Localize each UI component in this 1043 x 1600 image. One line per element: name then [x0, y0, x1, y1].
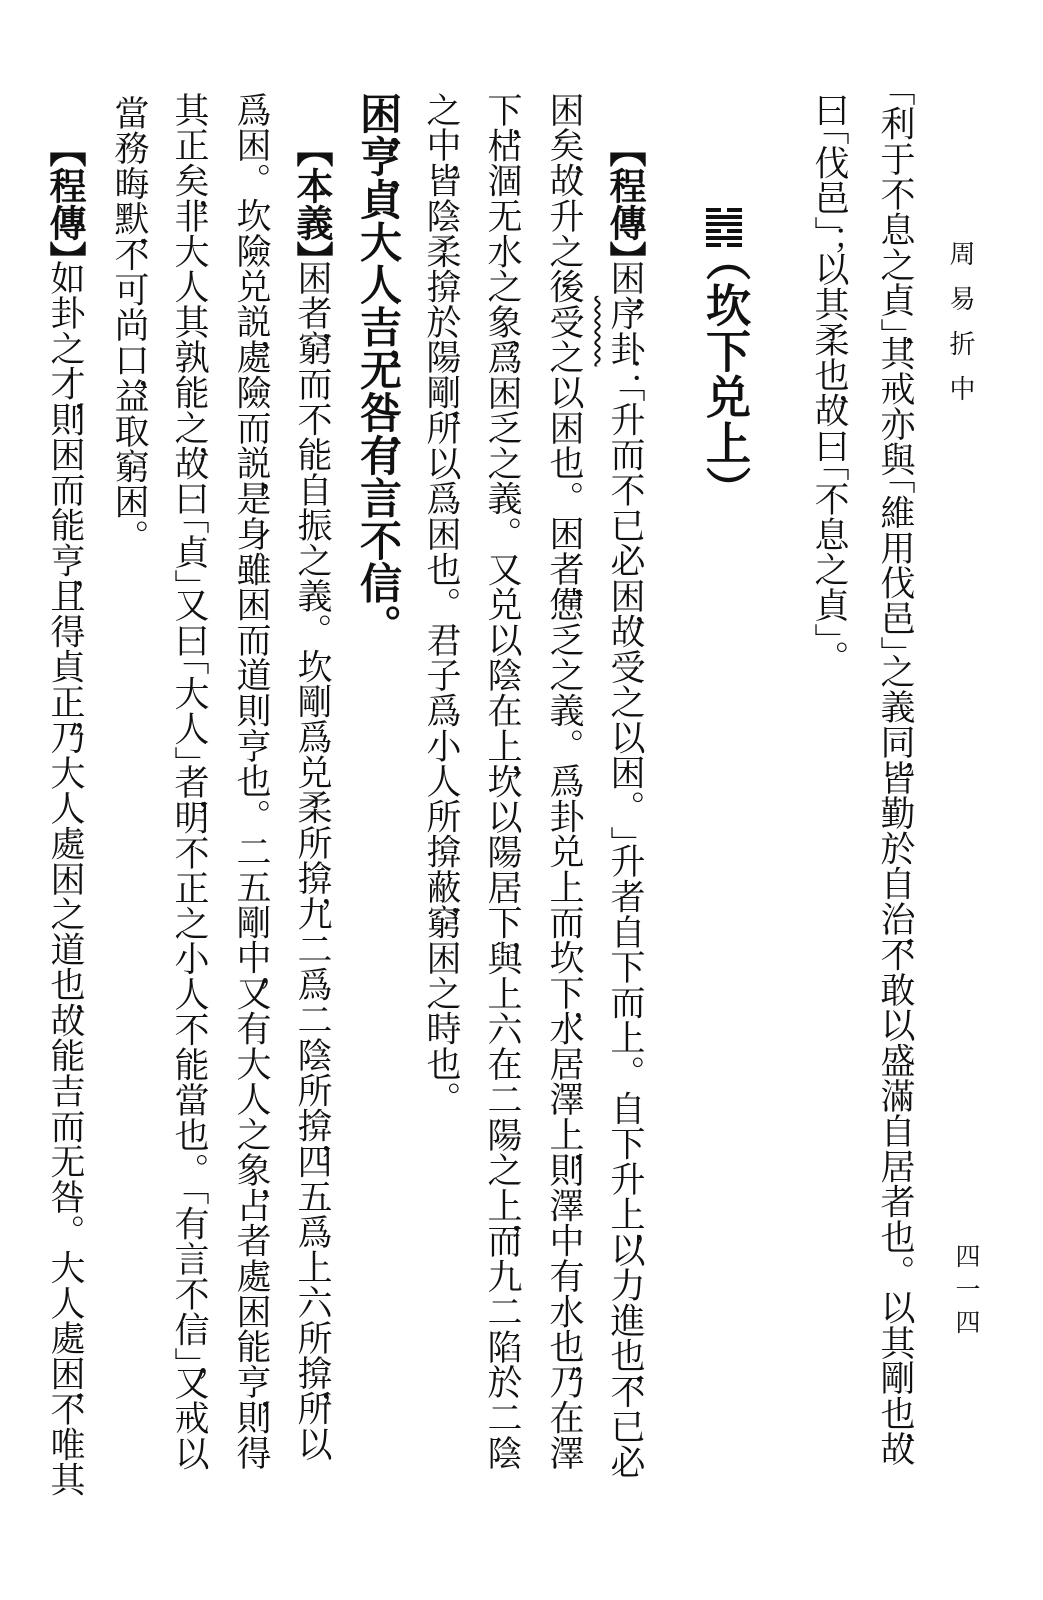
punctuation-mark: ， — [229, 1399, 273, 1434]
punctuation-mark: ， — [542, 1010, 586, 1045]
punctuation-mark: 」 — [873, 636, 917, 671]
punctuation-mark: ， — [542, 1364, 586, 1399]
punctuation-mark: ， — [167, 198, 211, 233]
punctuation-mark: ， — [480, 339, 524, 374]
punctuation-mark: 」 — [167, 1347, 211, 1382]
cheng-zhuan-2-line-1: 【程傳】如卦之才，則困而能亨，且得貞正，乃大人處困之道也，故能吉而无咎。大人處困… — [43, 148, 87, 1497]
punctuation-mark: ， — [43, 1002, 87, 1037]
punctuation-mark: ， — [167, 1365, 211, 1400]
punctuation-mark: ， — [480, 127, 524, 162]
punctuation-mark: ， — [43, 578, 87, 613]
punctuation-mark: ， — [107, 236, 151, 271]
punctuation-mark: ， — [290, 1143, 334, 1178]
book-title-mark: 序卦 — [605, 296, 645, 367]
cheng-zhuan-1-line-4: 之中，皆陰柔揜於陽剛，所以爲困也。君子爲小人所揜蔽，窮困之時也。 — [419, 92, 463, 1117]
punctuation-mark: （ — [700, 236, 748, 282]
punctuation-mark: ， — [873, 1431, 917, 1466]
punctuation-mark: ， — [290, 896, 334, 931]
continuation-line-1: 「利于不息之貞」，其戒亦與「維用伐邑」之義同，皆勤於自治，不敢以盛滿自居者也。以… — [873, 88, 917, 1467]
ben-yi-line-2: 爲困。坎險兑説，處險而説，是身雖困而道則亨也。二五剛中，又有大人之象，占者處困能… — [229, 92, 273, 1470]
punctuation-mark: ， — [229, 339, 273, 374]
punctuation-mark: ， — [480, 940, 524, 975]
punctuation-mark: ， — [807, 393, 851, 428]
punctuation-mark: ， — [229, 975, 273, 1010]
ben-yi-line-3: 其正矣，非大人其孰能之，故曰「貞」又曰「大人」者，明不正之小人不能當也。「有言不… — [167, 92, 211, 1471]
hexagram-trigrams: （坎下兑上） — [698, 254, 751, 494]
line-text: 困， — [605, 260, 645, 296]
line-text: ：「升而不已必困，故受之以困。」升者自下而上。自下升上，以力進也，不已必 — [605, 366, 645, 1479]
punctuation-mark: 「 — [167, 499, 211, 534]
punctuation-mark: 【 — [43, 130, 87, 167]
line-text: 曰「伐邑」；以其柔也，故曰「不息之貞」。 — [809, 92, 849, 676]
ben-yi-line-4: 當務晦默，不可尚口，益取窮困。 — [107, 95, 151, 555]
punctuation-mark: ， — [419, 163, 463, 198]
punctuation-mark: 「 — [603, 367, 647, 402]
punctuation-mark: ， — [356, 348, 400, 391]
punctuation-mark: ， — [542, 587, 586, 622]
punctuation-mark: 「 — [807, 110, 851, 145]
punctuation-mark: 」 — [873, 318, 917, 353]
punctuation-mark: 「 — [807, 446, 851, 481]
line-text: 爲困。坎險兑説，處險而説，是身雖困而道則亨也。二五剛中，又有大人之象，占者處困能… — [231, 92, 271, 1470]
punctuation-mark: ， — [229, 481, 273, 516]
commentary-label: 【程傳】 — [603, 148, 647, 260]
page-number: 四一四 — [952, 1243, 980, 1342]
punctuation-mark: ， — [542, 163, 586, 198]
punctuation-mark: ， — [603, 1374, 647, 1409]
cheng-zhuan-1-line-2: 困矣，故升之後受之以困也。困者，憊乏之義。爲卦兑上而坎下，水居澤上，則澤中有水也… — [542, 92, 586, 1470]
punctuation-mark: 「 — [873, 71, 917, 106]
cheng-zhuan-1-line-3: 下，枯涸无水之象，爲困乏之義。又兑以陰在上，坎以陽居下，與上六在二陽之上，而九二… — [480, 92, 524, 1470]
line-text: 當務晦默，不可尚口，益取窮困。 — [109, 95, 149, 555]
punctuation-mark: ， — [873, 937, 917, 972]
punctuation-mark: 【 — [603, 130, 647, 167]
book-page: 周易折中 四一四 「利于不息之貞」，其戒亦與「維用伐邑」之義同，皆勤於自治，不敢… — [0, 0, 1043, 1600]
judgment-text: 困，亨，貞大人吉，无咎，有言不信。 — [354, 92, 403, 647]
punctuation-mark: 「 — [873, 459, 917, 494]
continuation-line-2: 曰「伐邑」；以其柔也，故曰「不息之貞」。 — [807, 92, 851, 676]
punctuation-mark: ， — [480, 1223, 524, 1258]
punctuation-mark: ； — [807, 225, 851, 260]
cheng-zhuan-1-line-1: 【程傳】困，序卦：「升而不已必困，故受之以困。」升者自下而上。自下升上，以力進也… — [603, 148, 647, 1480]
line-text: 之中，皆陰柔揜於陽剛，所以爲困也。君子爲小人所揜蔽，窮困之時也。 — [421, 92, 461, 1117]
punctuation-mark: ， — [107, 378, 151, 413]
punctuation-mark: ， — [873, 335, 917, 370]
punctuation-mark: ） — [700, 466, 748, 512]
commentary-label: 【本義】 — [290, 148, 334, 260]
punctuation-mark: ， — [290, 1391, 334, 1426]
punctuation-mark: 」 — [807, 623, 851, 658]
line-text: 困者，窮而不能自振之義。坎剛爲兑柔所揜，九二爲二陰所揜，四五爲上六所揜，所以 — [292, 260, 332, 1462]
punctuation-mark: ， — [356, 434, 400, 477]
punctuation-mark: ， — [480, 763, 524, 798]
punctuation-mark: ， — [419, 905, 463, 940]
punctuation-mark: ， — [167, 799, 211, 834]
punctuation-mark: 「 — [167, 640, 211, 675]
line-text: 「利于不息之貞」，其戒亦與「維用伐邑」之義同，皆勤於自治，不敢以盛滿自居者也。以… — [875, 88, 915, 1467]
punctuation-mark: ， — [229, 1187, 273, 1222]
punctuation-mark: 」 — [167, 569, 211, 604]
line-text: 如卦之才，則困而能亨，且得貞正，乃大人處困之道也，故能吉而无咎。大人處困，不唯其 — [45, 260, 85, 1497]
line-text: 其正矣，非大人其孰能之，故曰「貞」又曰「大人」者，明不正之小人不能當也。「有言不… — [169, 92, 209, 1471]
punctuation-mark: 」 — [603, 826, 647, 861]
punctuation-mark: 「 — [167, 1170, 211, 1205]
punctuation-mark: ， — [43, 1391, 87, 1426]
punctuation-mark: ， — [167, 445, 211, 480]
punctuation-mark: ， — [356, 135, 400, 178]
running-head: 周易折中 — [945, 240, 975, 420]
punctuation-mark: 【 — [290, 130, 334, 167]
punctuation-mark: ， — [873, 760, 917, 795]
hexagram-title: （坎下兑上） — [700, 254, 748, 494]
ben-yi-line-1: 【本義】困者，窮而不能自振之義。坎剛爲兑柔所揜，九二爲二陰所揜，四五爲上六所揜，… — [290, 148, 334, 1462]
punctuation-mark: ， — [43, 401, 87, 436]
punctuation-mark: 」 — [167, 746, 211, 781]
punctuation-mark: ， — [43, 720, 87, 755]
hexagram-judgment: 困，亨，貞大人吉，无咎，有言不信。 — [356, 92, 400, 647]
punctuation-mark: ， — [356, 178, 400, 221]
commentary-label: 【程傳】 — [43, 148, 87, 260]
line-text: 困矣，故升之後受之以困也。困者，憊乏之義。爲卦兑上而坎下，水居澤上，則澤中有水也… — [544, 92, 584, 1470]
punctuation-mark: ， — [603, 1232, 647, 1267]
line-text: 下，枯涸无水之象，爲困乏之義。又兑以陰在上，坎以陽居下，與上六在二陽之上，而九二… — [482, 92, 522, 1470]
punctuation-mark: ， — [542, 1152, 586, 1187]
punctuation-mark: ， — [603, 614, 647, 649]
punctuation-mark: ， — [290, 331, 334, 366]
punctuation-mark: ， — [419, 410, 463, 445]
